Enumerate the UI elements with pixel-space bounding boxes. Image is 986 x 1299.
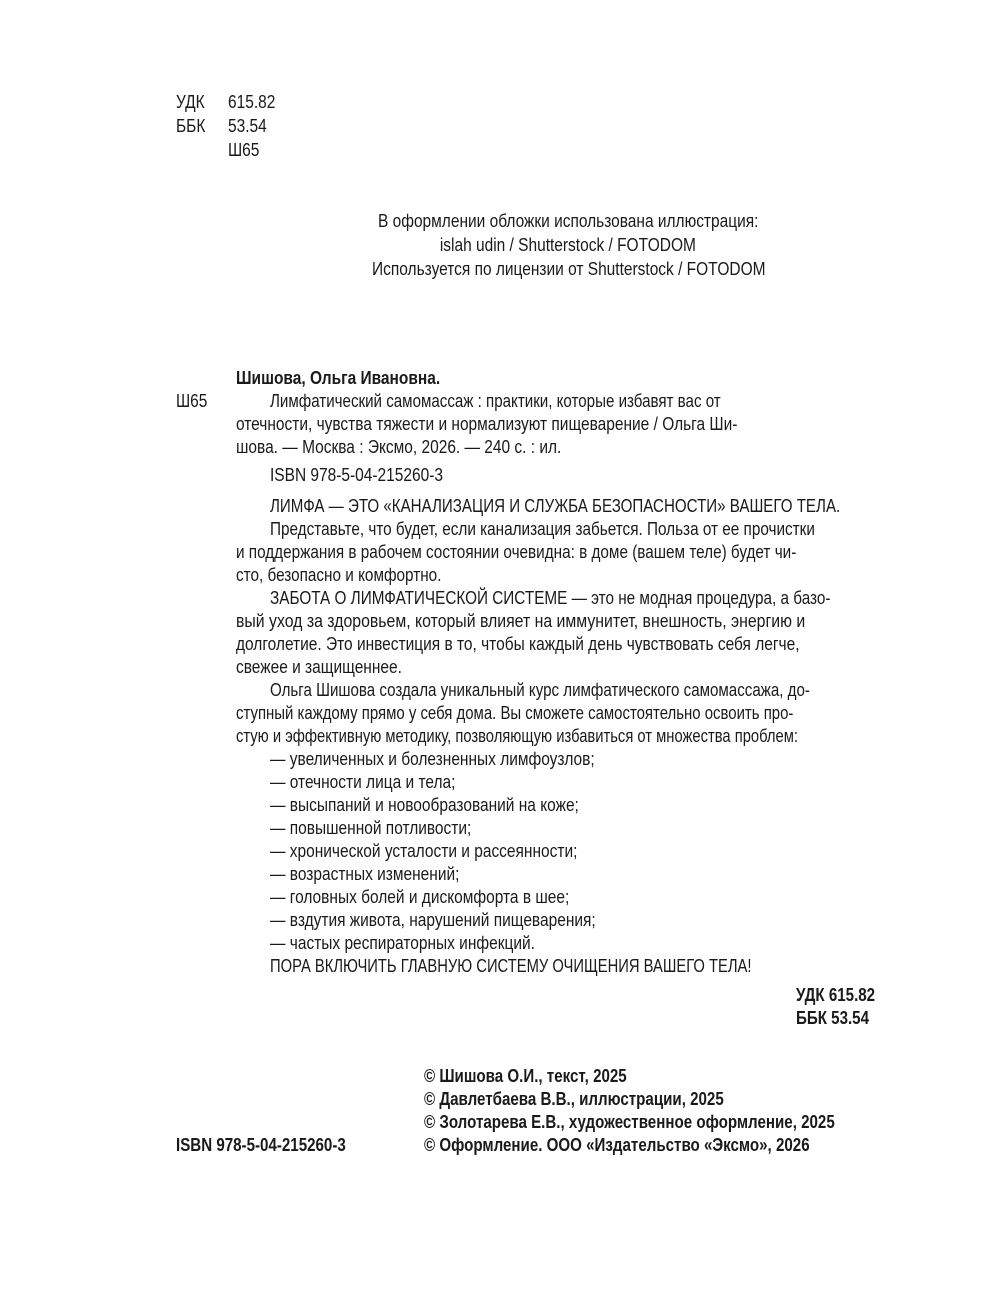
annotation-line: Представьте, что будет, если канализация… bbox=[270, 518, 815, 541]
author-heading: Шишова, Ольга Ивановна. bbox=[236, 367, 440, 390]
list-item: — отечности лица и тела; bbox=[270, 771, 455, 794]
isbn-card: ISBN 978-5-04-215260-3 bbox=[270, 464, 443, 487]
author-mark-card: Ш65 bbox=[176, 390, 207, 413]
cover-credit-line: islah udin / Shutterstock / FOTODOM bbox=[440, 234, 696, 257]
udk-label: УДК bbox=[176, 91, 205, 114]
list-item: — хронической усталости и рассеянности; bbox=[270, 840, 577, 863]
title-line: шова. — Москва : Эксмо, 2026. — 240 с. :… bbox=[236, 436, 561, 459]
isbn-bottom: ISBN 978-5-04-215260-3 bbox=[176, 1134, 346, 1157]
list-item: — вздутия живота, нарушений пищеварения; bbox=[270, 909, 596, 932]
annotation-line: стую и эффективную методику, позволяющую… bbox=[236, 725, 798, 748]
list-item: — частых респираторных инфекций. bbox=[270, 932, 535, 955]
bbk-value: 53.54 bbox=[228, 115, 267, 138]
title-line: Лимфатический самомассаж : практики, кот… bbox=[270, 390, 721, 413]
annotation-line: сто, безопасно и комфортно. bbox=[236, 564, 441, 587]
title-line: отечности, чувства тяжести и нормализуют… bbox=[236, 413, 737, 436]
bbk-bottom: ББК 53.54 bbox=[796, 1007, 869, 1030]
annotation-line: свежее и защищеннее. bbox=[236, 656, 402, 679]
copyright-line: © Давлетбаева В.В., иллюстрации, 2025 bbox=[424, 1088, 724, 1111]
list-item: — повышенной потливости; bbox=[270, 817, 471, 840]
copyright-line: © Шишова О.И., текст, 2025 bbox=[424, 1065, 627, 1088]
annotation-line: и поддержания в рабочем состоянии очевид… bbox=[236, 541, 796, 564]
copyright-line: © Оформление. ООО «Издательство «Эксмо»,… bbox=[424, 1134, 810, 1157]
annotation-line: долголетие. Это инвестиция в то, чтобы к… bbox=[236, 633, 800, 656]
annotation-line: ЗАБОТА О ЛИМФАТИЧЕСКОЙ СИСТЕМЕ — это не … bbox=[270, 587, 830, 610]
list-item: — возрастных изменений; bbox=[270, 863, 459, 886]
list-item: — головных болей и дискомфорта в шее; bbox=[270, 886, 569, 909]
copyright-line: © Золотарева Е.В., художественное оформл… bbox=[424, 1111, 835, 1134]
annotation-line: ступный каждому прямо у себя дома. Вы см… bbox=[236, 702, 793, 725]
udk-value: 615.82 bbox=[228, 91, 275, 114]
annotation-line: вый уход за здоровьем, который влияет на… bbox=[236, 610, 805, 633]
list-item: — высыпаний и новообразований на коже; bbox=[270, 794, 579, 817]
cover-credit-line: Используется по лицензии от Shutterstock… bbox=[372, 258, 765, 281]
bbk-label: ББК bbox=[176, 115, 205, 138]
cover-credit-line: В оформлении обложки использована иллюст… bbox=[378, 210, 758, 233]
annotation-heading: ЛИМФА — ЭТО «КАНАЛИЗАЦИЯ И СЛУЖБА БЕЗОПА… bbox=[270, 495, 840, 518]
annotation-line: Ольга Шишова создала уникальный курс лим… bbox=[270, 679, 810, 702]
author-mark: Ш65 bbox=[228, 139, 259, 162]
list-item: — увеличенных и болезненных лимфоузлов; bbox=[270, 748, 595, 771]
udk-bottom: УДК 615.82 bbox=[796, 984, 875, 1007]
annotation-closing: ПОРА ВКЛЮЧИТЬ ГЛАВНУЮ СИСТЕМУ ОЧИЩЕНИЯ В… bbox=[270, 955, 751, 978]
